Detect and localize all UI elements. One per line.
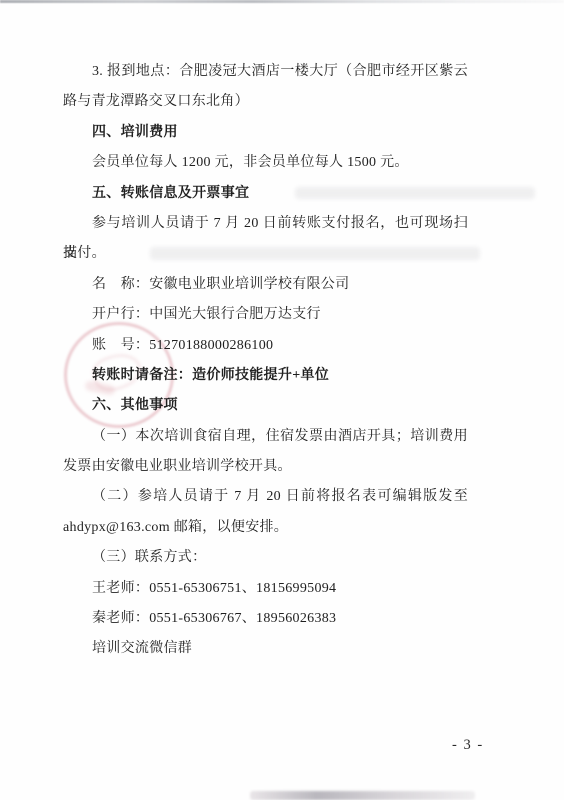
line-bank-branch: 开户行：中国光大银行合肥万达支行 xyxy=(63,300,468,330)
line-transfer-memo: 转账时请备注：造价师技能提升+单位 xyxy=(63,361,468,391)
line-transfer-deadline-2: 支付。 xyxy=(63,239,468,269)
heading-section-six-other: 六、其他事项 xyxy=(63,391,468,421)
scan-artifact-top-edge xyxy=(0,0,564,3)
line-other-item2-email: ahdypx@163.com 邮箱，以便安排。 xyxy=(63,513,468,543)
line-contact-heading: （三）联系方式： xyxy=(63,543,468,573)
line-account-name: 名 称：安徽电业职业培训学校有限公司 xyxy=(63,270,468,300)
line-transfer-deadline-1: 参与培训人员请于 7 月 20 日前转账支付报名，也可现场扫描 xyxy=(63,209,468,239)
line-registration-location-1: 3. 报到地点：合肥凌冠大酒店一楼大厅（合肥市经开区紫云 xyxy=(63,57,468,87)
line-wechat-group: 培训交流微信群 xyxy=(63,634,468,664)
scanned-document-page: 3. 报到地点：合肥凌冠大酒店一楼大厅（合肥市经开区紫云 路与青龙潭路交叉口东北… xyxy=(0,0,564,800)
heading-section-five-transfer-info: 五、转账信息及开票事宜 xyxy=(63,179,468,209)
line-other-item1-a: （一）本次培训食宿自理，住宿发票由酒店开具；培训费用 xyxy=(63,422,468,452)
line-contact-teacher-qin: 秦老师：0551-65306767、18956026383 xyxy=(63,604,468,634)
line-other-item1-b: 发票由安徽电业职业培训学校开具。 xyxy=(63,452,468,482)
document-body: 3. 报到地点：合肥凌冠大酒店一楼大厅（合肥市经开区紫云 路与青龙潭路交叉口东北… xyxy=(63,57,468,665)
heading-section-four-training-fee: 四、培训费用 xyxy=(63,118,468,148)
page-number: - 3 - xyxy=(452,737,484,754)
line-account-number: 账 号：51270188000286100 xyxy=(63,331,468,361)
scan-artifact-bottom-edge xyxy=(250,791,475,800)
line-contact-teacher-wang: 王老师：0551-65306751、18156995094 xyxy=(63,574,468,604)
line-registration-location-2: 路与青龙潭路交叉口东北角） xyxy=(63,87,468,117)
line-fee-amounts: 会员单位每人 1200 元，非会员单位每人 1500 元。 xyxy=(63,148,468,178)
line-other-item2-a: （二）参培人员请于 7 月 20 日前将报名表可编辑版发至 xyxy=(63,482,468,512)
